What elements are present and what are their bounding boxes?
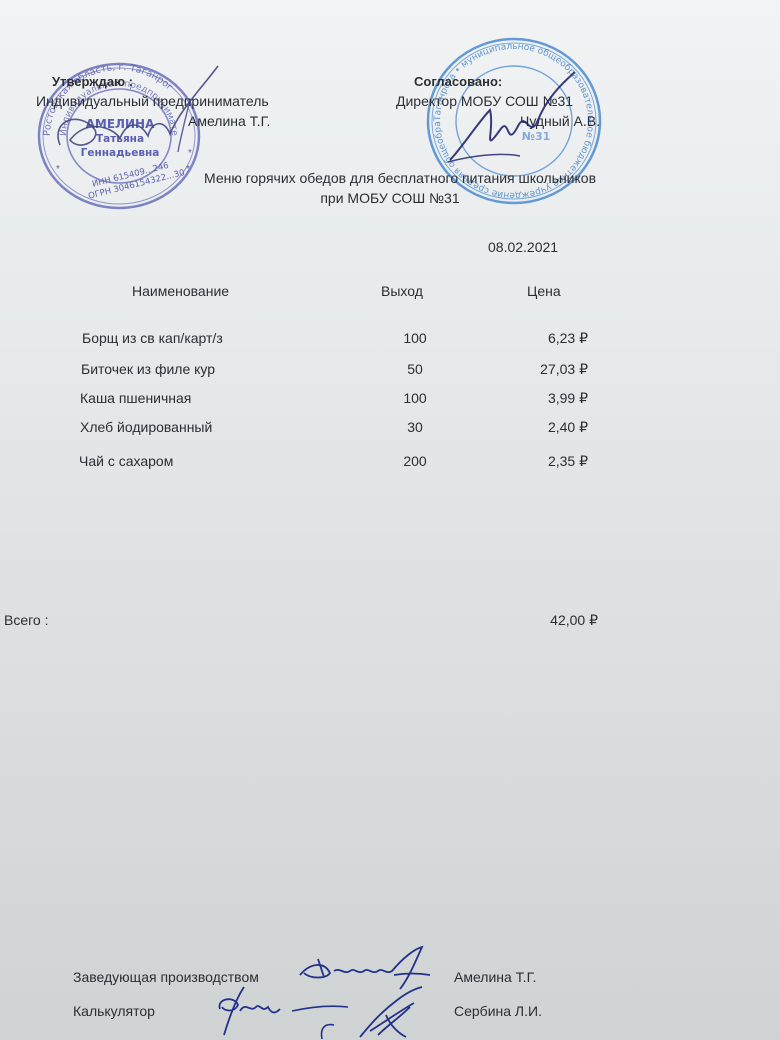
dish-name: Борщ из св кап/карт/з: [82, 330, 223, 346]
dish-yield: 30: [385, 419, 445, 435]
dish-price: 3,99 ₽: [498, 390, 588, 407]
approval-left-heading: Утверждаю :: [52, 74, 133, 89]
total-label: Всего :: [4, 612, 49, 628]
dish-yield: 200: [385, 453, 445, 469]
dish-price: 2,40 ₽: [498, 419, 588, 436]
dish-name: Хлеб йодированный: [80, 419, 212, 435]
left-stamp-center-3: Геннадьевна: [81, 147, 160, 159]
approval-right-heading: Согласовано:: [414, 74, 502, 89]
left-stamp-center-1: АМЕЛИНА: [86, 117, 155, 131]
signature-name-2: Сербина Л.И.: [454, 1003, 542, 1019]
total-value: 42,00 ₽: [508, 612, 598, 629]
dish-price: 2,35 ₽: [498, 453, 588, 470]
dish-price: 6,23 ₽: [498, 330, 588, 347]
header-name: Наименование: [132, 283, 229, 299]
dish-yield: 100: [385, 390, 445, 406]
dish-yield: 100: [385, 330, 445, 346]
approval-right-position: Директор МОБУ СОШ №31: [396, 93, 573, 109]
document-title-line1: Меню горячих обедов для бесплатного пита…: [0, 170, 780, 186]
dish-price: 27,03 ₽: [498, 361, 588, 378]
dish-name: Чай с сахаром: [79, 453, 173, 469]
document-title-line2: при МОБУ СОШ №31: [0, 190, 780, 206]
header-yield: Выход: [381, 283, 423, 299]
approval-right-name: Чудный А.В.: [520, 113, 600, 129]
dish-name: Каша пшеничная: [80, 390, 191, 406]
dish-name: Биточек из филе кур: [81, 361, 215, 377]
signature-role-1: Заведующая производством: [73, 969, 259, 985]
left-stamp-center-2: Татьяна: [96, 133, 144, 145]
signature-name-1: Амелина Т.Г.: [454, 969, 536, 985]
header-price: Цена: [527, 283, 561, 299]
production-manager-signature: [290, 945, 450, 995]
calculator-signature: [210, 985, 430, 1040]
document-date: 08.02.2021: [488, 239, 558, 255]
approval-left-position: Индивидуальный предприниматель: [36, 93, 269, 109]
approval-left-name: Амелина Т.Г.: [188, 113, 270, 129]
dish-yield: 50: [385, 361, 445, 377]
signature-role-2: Калькулятор: [73, 1003, 155, 1019]
svg-text:*: *: [188, 148, 192, 159]
right-stamp-center: №31: [522, 130, 551, 143]
